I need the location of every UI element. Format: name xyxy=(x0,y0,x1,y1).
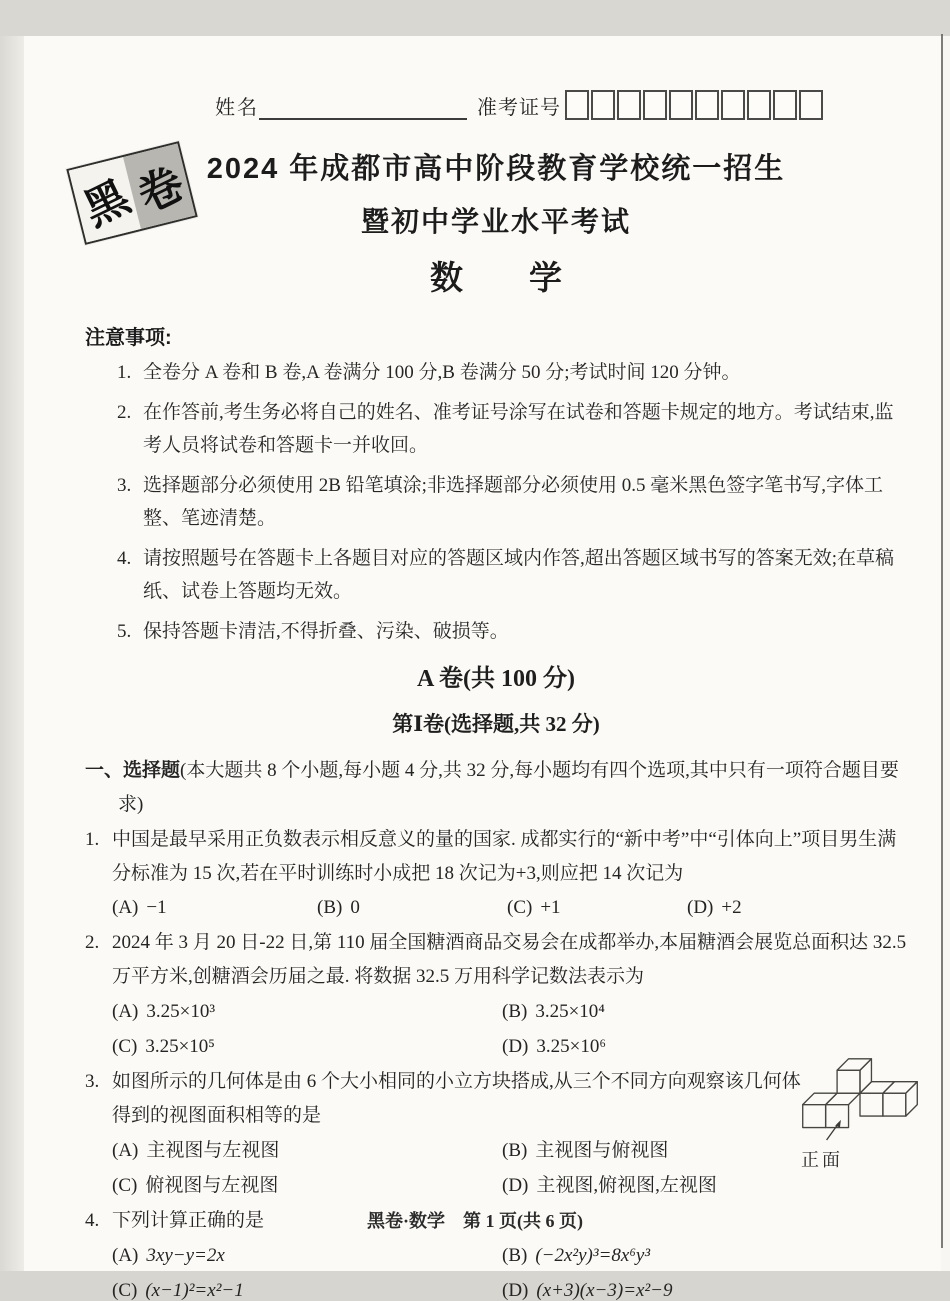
ticket-number-box xyxy=(747,90,771,120)
notice-item-number: 3. xyxy=(117,469,143,535)
option-text: 3xy−y=2x xyxy=(146,1245,224,1266)
subject-title: 数 学 xyxy=(85,252,907,299)
option-text: (x+3)(x−3)=x²−9 xyxy=(536,1280,672,1301)
ticket-number-boxes xyxy=(565,90,823,120)
notice-item-text: 保持答题卡清洁,不得折叠、污染、破损等。 xyxy=(143,615,907,648)
notice-heading: 注意事项: xyxy=(85,321,907,350)
option-d: (D)+2 xyxy=(687,891,907,925)
question-number: 2. xyxy=(85,926,112,994)
multiple-choice-heading: 一、选择题 xyxy=(85,760,180,781)
option-label: (C) xyxy=(112,1280,137,1301)
exam-title-line1: 2024 年成都市高中阶段教育学校统一招生 xyxy=(85,146,907,187)
question-1: 1. 中国是最早采用正负数表示相反意义的量的国家. 成都实行的“新中考”中“引体… xyxy=(85,823,907,891)
option-label: (D) xyxy=(502,1280,528,1301)
multiple-choice-intro: 一、选择题(本大题共 8 个小题,每小题 4 分,共 32 分,每小题均有四个选… xyxy=(85,754,907,822)
cube-stack-figure: 正面 xyxy=(797,1051,923,1178)
option-label: (C) xyxy=(507,897,532,918)
question-number: 1. xyxy=(85,823,112,891)
option-text: +1 xyxy=(540,897,560,918)
ticket-number-label: 准考证号 xyxy=(477,91,561,120)
option-text: (−2x²y)³=8x⁶y³ xyxy=(535,1245,650,1266)
option-b: (B)3.25×10⁴ xyxy=(502,994,907,1029)
option-text: 0 xyxy=(350,897,360,918)
ticket-number-box xyxy=(643,90,667,120)
scan-right-edge-line xyxy=(941,34,943,1248)
option-text: 3.25×10⁶ xyxy=(536,1036,606,1057)
option-b: (B)(−2x²y)³=8x⁶y³ xyxy=(502,1238,907,1273)
question-3-options: (A)主视图与左视图 (B)主视图与俯视图 (C)俯视图与左视图 (D)主视图,… xyxy=(85,1133,907,1203)
subject-char-2: 学 xyxy=(529,252,562,299)
option-text: (x−1)²=x²−1 xyxy=(145,1280,243,1301)
question-4-options: (A)3xy−y=2x (B)(−2x²y)³=8x⁶y³ (C)(x−1)²=… xyxy=(85,1238,907,1301)
notice-item-text: 全卷分 A 卷和 B 卷,A 卷满分 100 分,B 卷满分 50 分;考试时间… xyxy=(143,356,907,389)
scan-top-band xyxy=(0,0,950,36)
option-text: 3.25×10³ xyxy=(146,1001,215,1022)
notice-item-text: 请按照题号在答题卡上各题目对应的答题区域内作答,超出答题区域书写的答案无效;在草… xyxy=(143,542,907,608)
question-text: 如图所示的几何体是由 6 个大小相同的小立方块搭成,从三个不同方向观察该几何体得… xyxy=(112,1065,812,1133)
notice-item: 3. 选择题部分必须使用 2B 铅笔填涂;非选择题部分必须使用 0.5 毫米黑色… xyxy=(117,469,907,535)
front-face-arrow xyxy=(827,1120,841,1140)
name-blank-line xyxy=(259,94,467,120)
ticket-number-box xyxy=(617,90,641,120)
option-label: (D) xyxy=(502,1175,528,1196)
option-label: (D) xyxy=(502,1036,528,1057)
notice-item-number: 5. xyxy=(117,615,143,648)
subject-char-1: 数 xyxy=(430,252,463,299)
ticket-number-box xyxy=(799,90,823,120)
question-2-options: (A)3.25×10³ (B)3.25×10⁴ (C)3.25×10⁵ (D)3… xyxy=(85,994,907,1064)
option-a: (A)−1 xyxy=(112,891,317,925)
option-c: (C)3.25×10⁵ xyxy=(112,1029,502,1064)
notice-item-number: 1. xyxy=(117,356,143,389)
ticket-number-box xyxy=(721,90,745,120)
ticket-number-box xyxy=(773,90,797,120)
option-label: (D) xyxy=(687,897,713,918)
question-3: 3. 如图所示的几何体是由 6 个大小相同的小立方块搭成,从三个不同方向观察该几… xyxy=(85,1065,907,1133)
section-i-heading: 第Ⅰ卷(选择题,共 32 分) xyxy=(85,708,907,738)
question-text: 2024 年 3 月 20 日-22 日,第 110 届全国糖酒商品交易会在成都… xyxy=(112,926,907,994)
notice-item-text: 在作答前,考生务必将自己的姓名、准考证号涂写在试卷和答题卡规定的地方。考试结束,… xyxy=(143,396,907,462)
option-label: (B) xyxy=(502,1245,527,1266)
ticket-number-box xyxy=(695,90,719,120)
option-c: (C)俯视图与左视图 xyxy=(112,1168,502,1203)
option-text: 主视图与俯视图 xyxy=(535,1140,668,1161)
exam-title-line2: 暨初中学业水平考试 xyxy=(85,200,907,240)
ticket-number-box xyxy=(591,90,615,120)
page-footer: 黑卷·数学 第 1 页(共 6 页) xyxy=(0,1207,950,1233)
notice-item: 5. 保持答题卡清洁,不得折叠、污染、破损等。 xyxy=(117,615,907,648)
question-text: 中国是最早采用正负数表示相反意义的量的国家. 成都实行的“新中考”中“引体向上”… xyxy=(112,823,907,891)
notice-item: 4. 请按照题号在答题卡上各题目对应的答题区域内作答,超出答题区域书写的答案无效… xyxy=(117,542,907,608)
option-label: (A) xyxy=(112,1245,138,1266)
front-face-label: 正面 xyxy=(801,1150,843,1170)
option-c: (C)(x−1)²=x²−1 xyxy=(112,1273,502,1301)
option-text: 3.25×10⁵ xyxy=(145,1036,215,1057)
option-text: 主视图,俯视图,左视图 xyxy=(536,1175,717,1196)
option-label: (C) xyxy=(112,1175,137,1196)
notice-item-number: 2. xyxy=(117,396,143,462)
question-2: 2. 2024 年 3 月 20 日-22 日,第 110 届全国糖酒商品交易会… xyxy=(85,926,907,994)
option-label: (A) xyxy=(112,897,138,918)
multiple-choice-intro-text: (本大题共 8 个小题,每小题 4 分,共 32 分,每小题均有四个选项,其中只… xyxy=(118,760,899,815)
option-a: (A)主视图与左视图 xyxy=(112,1133,502,1168)
option-c: (C)+1 xyxy=(507,891,687,925)
ticket-number-box xyxy=(669,90,693,120)
notice-item: 2. 在作答前,考生务必将自己的姓名、准考证号涂写在试卷和答题卡规定的地方。考试… xyxy=(117,396,907,462)
question-1-options: (A)−1 (B)0 (C)+1 (D)+2 xyxy=(85,891,907,925)
option-b: (B)0 xyxy=(317,891,507,925)
notice-item: 1. 全卷分 A 卷和 B 卷,A 卷满分 100 分,B 卷满分 50 分;考… xyxy=(117,356,907,389)
option-text: 主视图与左视图 xyxy=(146,1140,279,1161)
name-label: 姓名 xyxy=(215,91,259,120)
option-text: +2 xyxy=(721,897,741,918)
option-label: (A) xyxy=(112,1001,138,1022)
option-text: 俯视图与左视图 xyxy=(145,1175,278,1196)
option-label: (C) xyxy=(112,1036,137,1057)
notice-item-text: 选择题部分必须使用 2B 铅笔填涂;非选择题部分必须使用 0.5 毫米黑色签字笔… xyxy=(143,469,907,535)
ticket-number-box xyxy=(565,90,589,120)
option-d: (D)(x+3)(x−3)=x²−9 xyxy=(502,1273,907,1301)
option-label: (B) xyxy=(317,897,342,918)
option-text: 3.25×10⁴ xyxy=(535,1001,605,1022)
option-label: (B) xyxy=(502,1140,527,1161)
exam-paper-page: 黑 卷 姓名 准考证号 2024 年成都市高中阶段教育学校统一招生 暨初中学业水… xyxy=(24,36,941,1271)
option-text: −1 xyxy=(146,897,166,918)
scan-left-strip xyxy=(0,36,24,1271)
section-a-heading: A 卷(共 100 分) xyxy=(85,658,907,693)
candidate-info-row: 姓名 准考证号 xyxy=(85,88,907,120)
option-a: (A)3xy−y=2x xyxy=(112,1238,502,1273)
option-a: (A)3.25×10³ xyxy=(112,994,502,1029)
question-number: 3. xyxy=(85,1065,112,1133)
option-label: (B) xyxy=(502,1001,527,1022)
notice-list: 1. 全卷分 A 卷和 B 卷,A 卷满分 100 分,B 卷满分 50 分;考… xyxy=(85,356,907,648)
option-label: (A) xyxy=(112,1140,138,1161)
notice-item-number: 4. xyxy=(117,542,143,608)
cube-stack-drawing xyxy=(797,1051,923,1143)
